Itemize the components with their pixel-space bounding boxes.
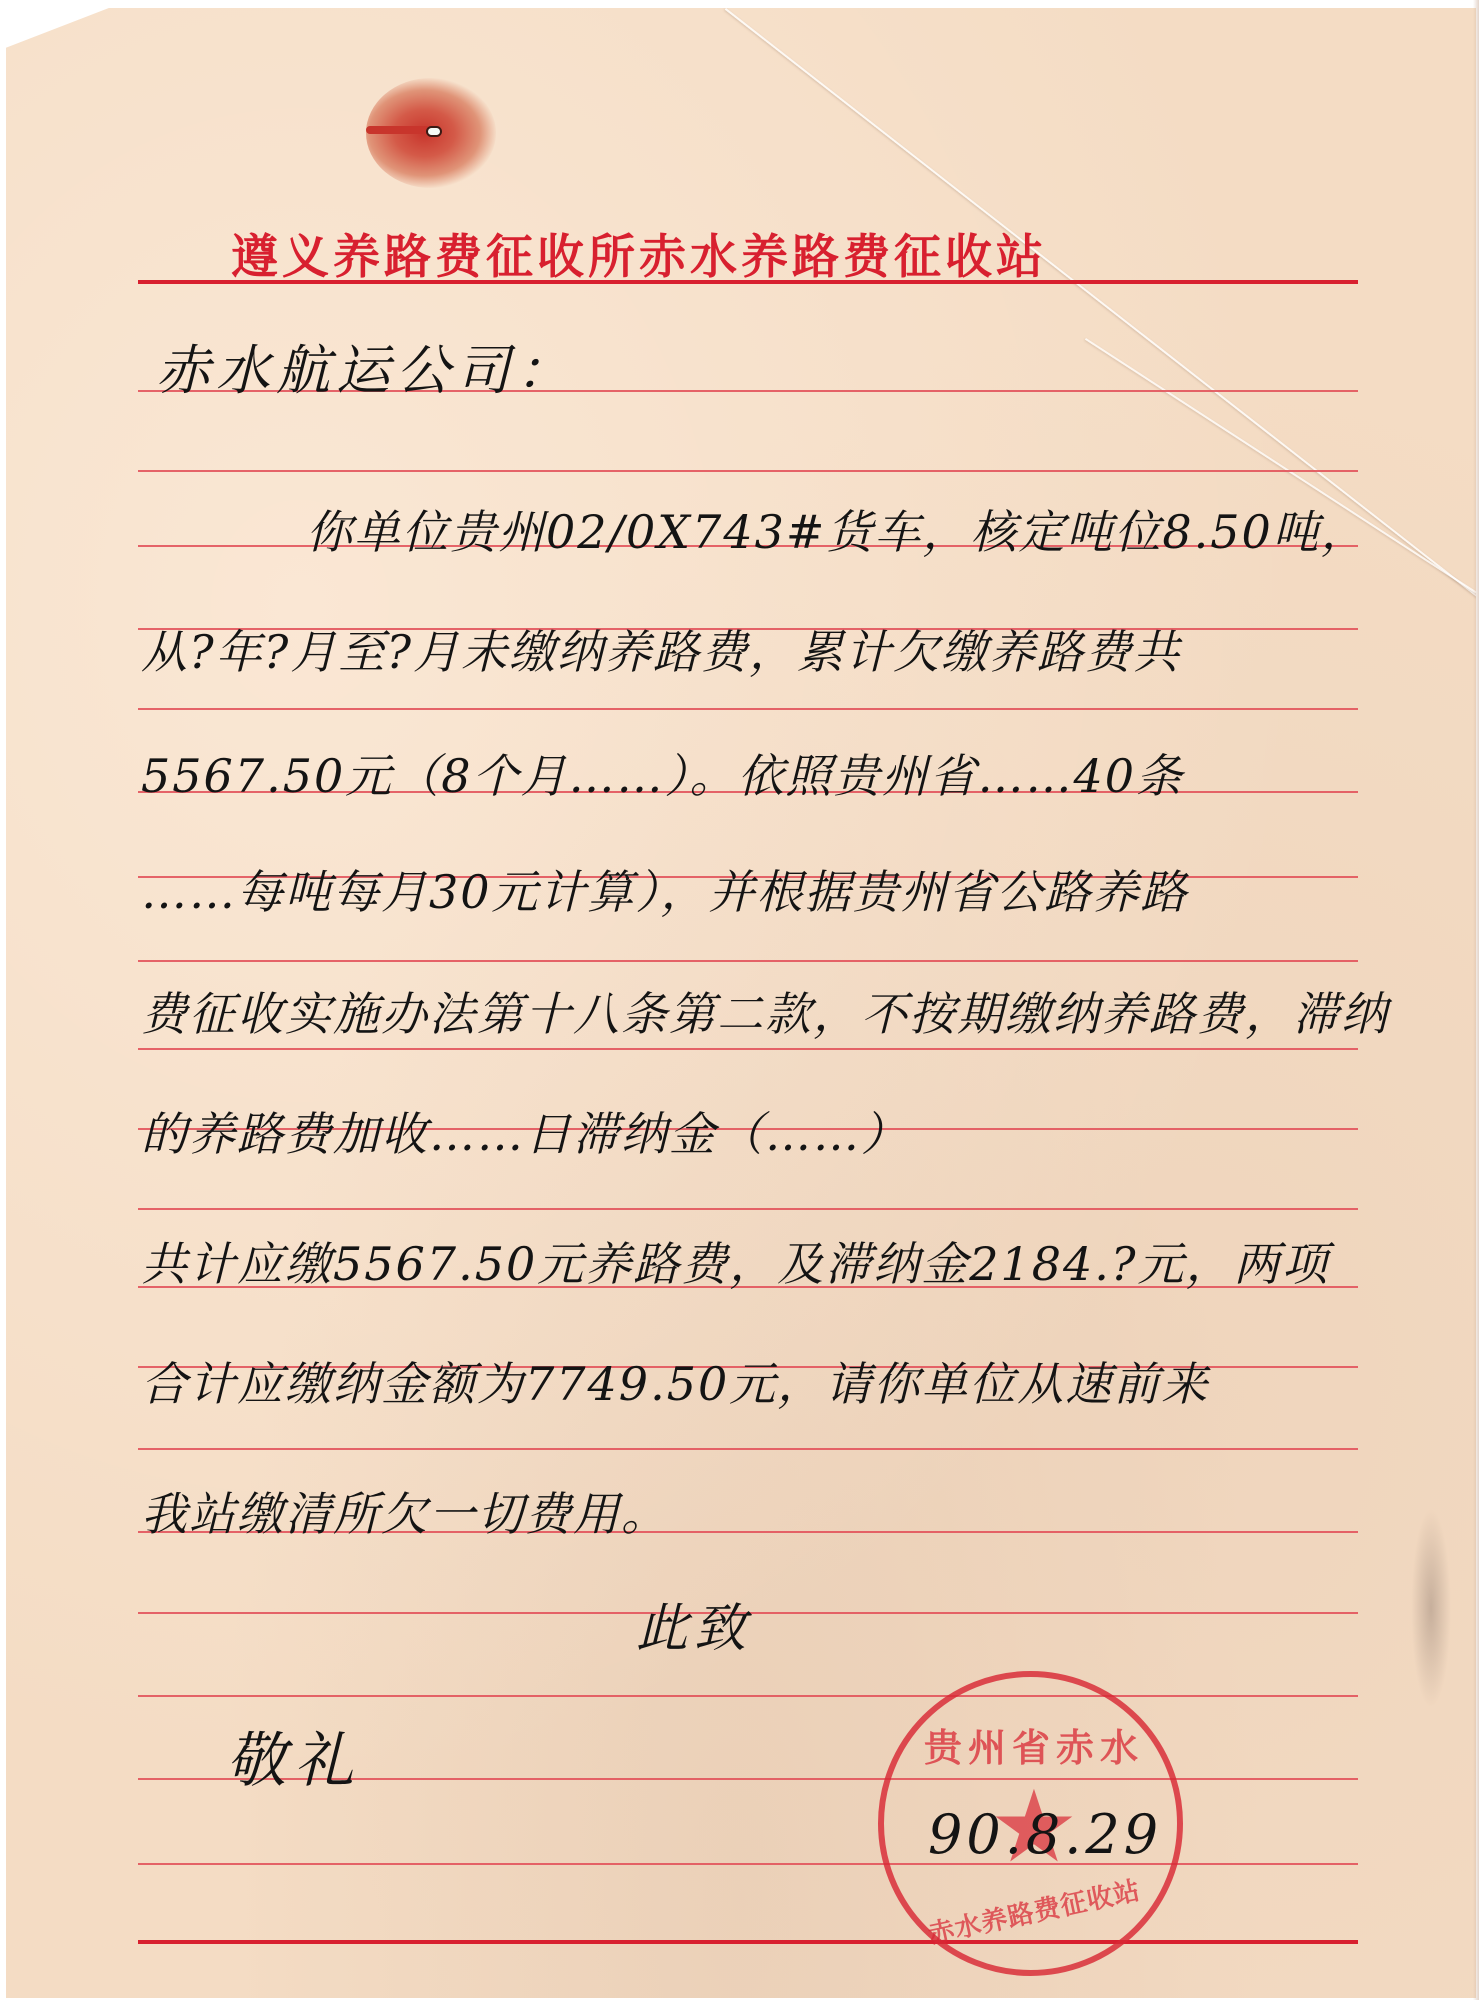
body-line: 我站缴清所欠一切费用。 <box>141 1478 669 1544</box>
fold-crease-secondary <box>1085 338 1479 623</box>
body-line: 的养路费加收……日滞纳金（……） <box>141 1098 909 1164</box>
handwritten-date: 90.8.29 <box>928 1803 1162 1866</box>
ruled-line <box>138 960 1358 962</box>
rust-streak <box>366 126 430 134</box>
salute-phrase: 敬礼 <box>226 1713 362 1799</box>
ruled-line <box>138 1448 1358 1450</box>
body-line: ……每吨每月30元计算），并根据贵州省公路养路 <box>141 856 1189 922</box>
body-line: 5567.50元（8个月……）。依照贵州省……40条 <box>141 740 1184 806</box>
letterhead-rule <box>138 280 1358 284</box>
body-line: 从?年?月至?月未缴纳养路费，累计欠缴养路费共 <box>141 616 1181 682</box>
paper-sheet: 遵义养路费征收所赤水养路费征收站 赤水航运公司： 你单位贵州02/0X743#货… <box>6 8 1476 1998</box>
body-line: 共计应缴5567.50元养路费，及滞纳金2184.?元，两项 <box>141 1228 1330 1294</box>
letterhead-title: 遵义养路费征收所赤水养路费征收站 <box>231 220 1291 287</box>
staple-hole <box>428 128 440 135</box>
ruled-line <box>138 470 1358 472</box>
ink-smudge <box>1411 1508 1451 1708</box>
page-edge-shadow <box>1473 0 1479 2000</box>
ruled-line <box>138 1695 1358 1697</box>
rust-stain-pin-hole <box>366 78 496 188</box>
body-line: 合计应缴纳金额为7749.50元，请你单位从速前来 <box>141 1348 1209 1414</box>
ruled-line <box>138 1208 1358 1210</box>
seal-top-text: 贵州省赤水 <box>909 1717 1159 1772</box>
bottom-rule <box>138 1940 1358 1944</box>
closing-phrase: 此致 <box>636 1586 752 1661</box>
ruled-line <box>138 708 1358 710</box>
salutation: 赤水航运公司： <box>156 328 576 405</box>
body-line: 费征收实施办法第十八条第二款，不按期缴纳养路费，滞纳 <box>141 978 1389 1044</box>
ruled-line <box>138 1048 1358 1050</box>
body-line: 你单位贵州02/0X743#货车，核定吨位8.50吨， <box>306 496 1369 562</box>
